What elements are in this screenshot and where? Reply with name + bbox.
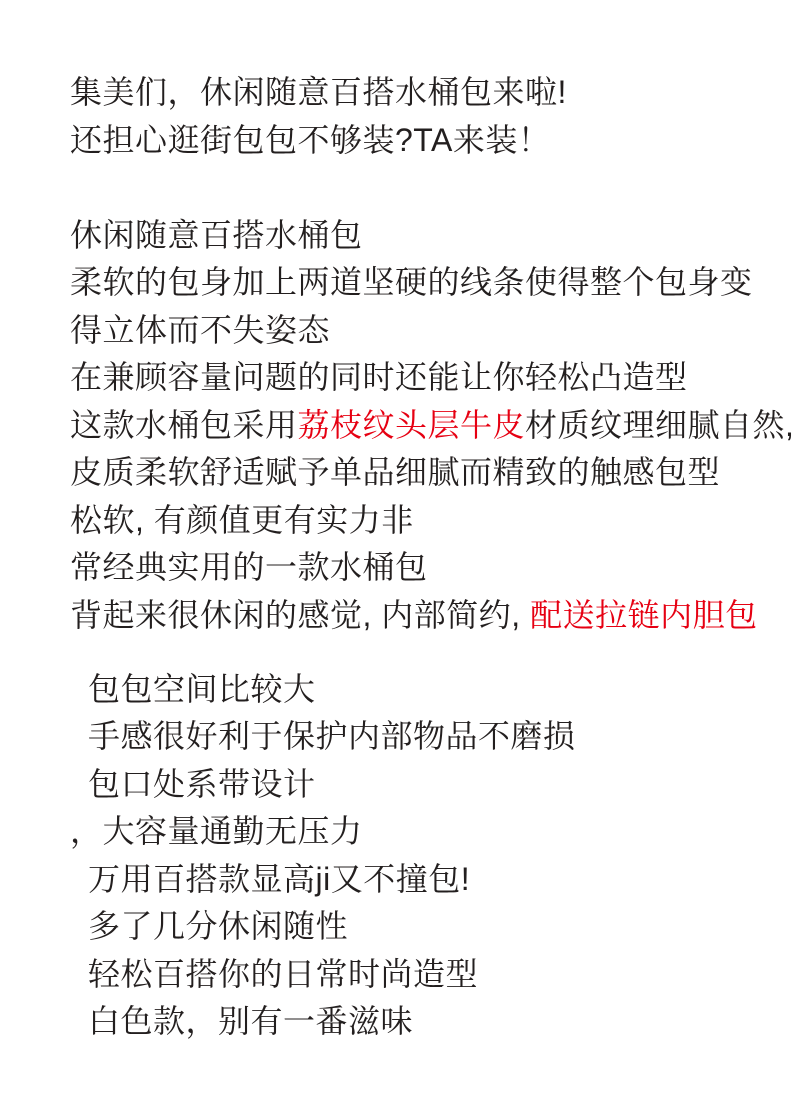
text-segment: 在兼顾容量问题的同时还能让你轻松凸造型 bbox=[70, 359, 688, 395]
text-segment: 还担心逛街包包不够装?TA来装！ bbox=[70, 122, 550, 158]
text-segment: 手感很好利于保护内部物品不磨损 bbox=[88, 718, 576, 754]
text-line: 手感很好利于保护内部物品不磨损 bbox=[70, 713, 780, 761]
paragraph-features: 休闲随意百搭水桶包柔软的包身加上两道坚硬的线条使得整个包身变得立体而不失姿态在兼… bbox=[70, 212, 780, 640]
text-segment: 得立体而不失姿态 bbox=[70, 312, 330, 348]
text-line: 休闲随意百搭水桶包 bbox=[70, 212, 780, 260]
text-line: 这款水桶包采用荔枝纹头层牛皮材质纹理细腻自然, bbox=[70, 402, 780, 450]
text-segment: 休闲随意百搭水桶包 bbox=[70, 217, 363, 253]
text-segment: 集美们，休闲随意百搭水桶包来啦! bbox=[70, 74, 567, 110]
text-segment: 多了几分休闲随性 bbox=[88, 908, 348, 944]
text-line: 得立体而不失姿态 bbox=[70, 307, 780, 355]
text-segment: 包包空间比较大 bbox=[88, 671, 316, 707]
text-segment: 常经典实用的一款水桶包 bbox=[70, 549, 428, 585]
highlighted-text: 配送拉链内胆包 bbox=[530, 597, 758, 633]
text-segment: 背起来很休闲的感觉, 内部简约, bbox=[70, 597, 530, 633]
text-line: 皮质柔软舒适赋予单品细腻而精致的触感包型 bbox=[70, 449, 780, 497]
text-line: 柔软的包身加上两道坚硬的线条使得整个包身变 bbox=[70, 259, 780, 307]
text-line: 背起来很休闲的感觉, 内部简约, 配送拉链内胆包 bbox=[70, 592, 780, 640]
text-line: 松软, 有颜值更有实力非 bbox=[70, 497, 780, 545]
text-line: 多了几分休闲随性 bbox=[70, 903, 780, 951]
text-segment: 包口处系带设计 bbox=[88, 766, 316, 802]
text-segment: 万用百搭款显高ji又不撞包! bbox=[88, 861, 470, 897]
text-segment: 这款水桶包采用 bbox=[70, 407, 298, 443]
text-segment: 柔软的包身加上两道坚硬的线条使得整个包身变 bbox=[70, 264, 753, 300]
description-text: 集美们，休闲随意百搭水桶包来啦!还担心逛街包包不够装?TA来装！休闲随意百搭水桶… bbox=[70, 69, 780, 1046]
paragraph-intro: 集美们，休闲随意百搭水桶包来啦!还担心逛街包包不够装?TA来装！ bbox=[70, 69, 780, 164]
text-segment: 材质纹理细腻自然, bbox=[525, 407, 794, 443]
text-line: 在兼顾容量问题的同时还能让你轻松凸造型 bbox=[70, 354, 780, 402]
text-line: 白色款，别有一番滋味 bbox=[70, 998, 780, 1046]
text-line: 包口处系带设计 bbox=[70, 761, 780, 809]
text-segment: 松软, 有颜值更有实力非 bbox=[70, 502, 414, 538]
text-line: 常经典实用的一款水桶包 bbox=[70, 544, 780, 592]
product-copy-page: 集美们，休闲随意百搭水桶包来啦!还担心逛街包包不够装?TA来装！休闲随意百搭水桶… bbox=[0, 0, 800, 1100]
text-segment: 皮质柔软舒适赋予单品细腻而精致的触感包型 bbox=[70, 454, 720, 490]
text-line: 万用百搭款显高ji又不撞包! bbox=[70, 856, 780, 904]
text-line: 还担心逛街包包不够装?TA来装！ bbox=[70, 117, 780, 165]
text-line: 包包空间比较大 bbox=[70, 666, 780, 714]
paragraph-details: 包包空间比较大手感很好利于保护内部物品不磨损包口处系带设计，大容量通勤无压力万用… bbox=[70, 666, 780, 1046]
highlighted-text: 荔枝纹头层牛皮 bbox=[298, 407, 526, 443]
text-segment: ，大容量通勤无压力 bbox=[70, 813, 363, 849]
text-line: 轻松百搭你的日常时尚造型 bbox=[70, 951, 780, 999]
text-segment: 轻松百搭你的日常时尚造型 bbox=[88, 956, 478, 992]
text-line: ，大容量通勤无压力 bbox=[70, 808, 780, 856]
text-line: 集美们，休闲随意百搭水桶包来啦! bbox=[70, 69, 780, 117]
text-segment: 白色款，别有一番滋味 bbox=[88, 1003, 413, 1039]
